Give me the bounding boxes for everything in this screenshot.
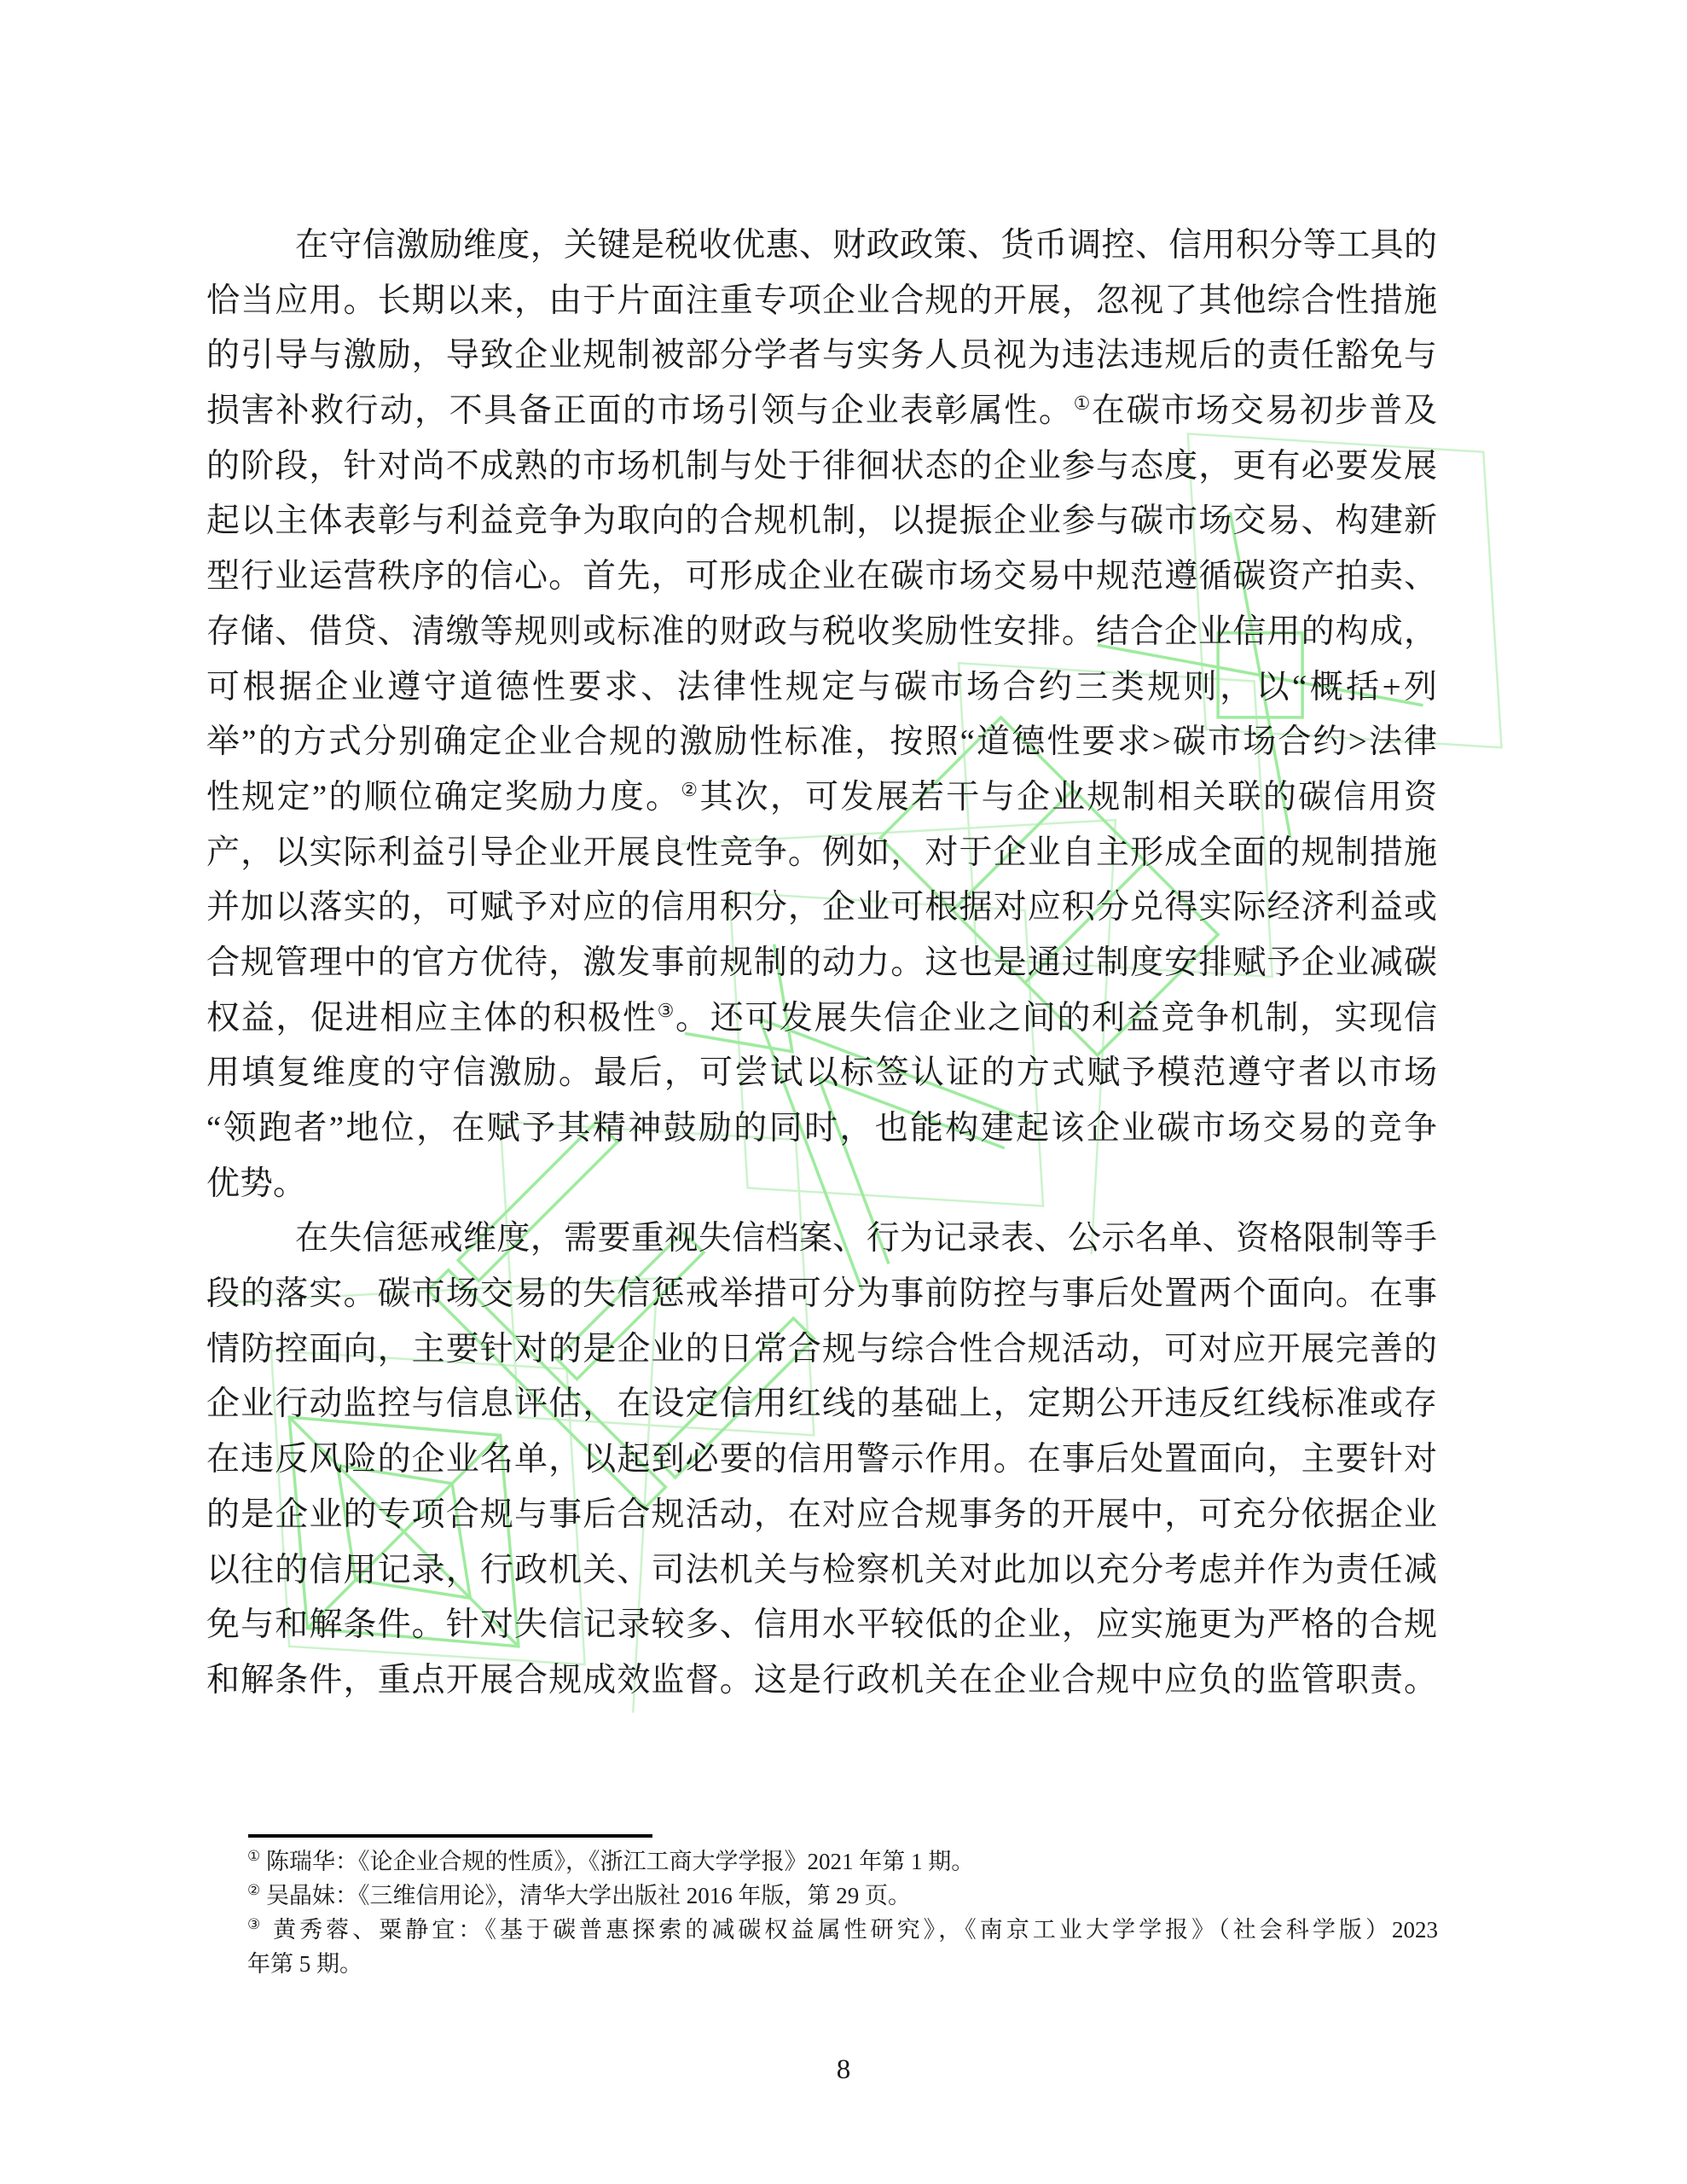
paragraph-1: 在守信激励维度，关键是税收优惠、财政政策、货币调控、信用积分等工具的恰当应用。长… [206,218,1437,1211]
text-line: 的是企业的专项合规与事后合规活动，在对应合规事务的开展中，可充分依据企业 [206,1488,1437,1543]
text-line: 企业行动监控与信息评估，在设定信用红线的基础上，定期公开违反红线标准或存 [206,1377,1437,1432]
text-line: “领跑者”地位，在赋予其精神鼓励的同时，也能构建起该企业碳市场交易的竞争 [206,1101,1437,1157]
text-line: 恰当应用。长期以来，由于片面注重专项企业合规的开展，忽视了其他综合性措施 [206,274,1437,329]
document-page: 在守信激励维度，关键是税收优惠、财政政策、货币调控、信用积分等工具的恰当应用。长… [0,0,1687,2184]
footnote-ref: ① [1074,392,1092,414]
text-line: 型行业运营秩序的信心。首先，可形成企业在碳市场交易中规范遵循碳资产拍卖、 [206,549,1437,605]
text-line: 性规定”的顺位确定奖励力度。②其次，可发展若干与企业规制相关联的碳信用资 [206,770,1437,826]
text-line: 合规管理中的官方优待，激发事前规制的动力。这也是通过制度安排赋予企业减碳 [206,936,1437,991]
text-line: 可根据企业遵守道德性要求、法律性规定与碳市场合约三类规则，以“概括+列 [206,660,1437,716]
text-line: 段的落实。碳市场交易的失信惩戒举措可分为事前防控与事后处置两个面向。在事 [206,1267,1437,1322]
footnote-separator [248,1834,652,1838]
footnote-item: ① 陈瑞华：《论企业合规的性质》，《浙江工商大学学报》2021 年第 1 期。 [247,1844,1438,1879]
footnote-ref: ② [247,1882,260,1898]
body-text: 在守信激励维度，关键是税收优惠、财政政策、货币调控、信用积分等工具的恰当应用。长… [206,218,1437,1709]
text-line: 损害补救行动，不具备正面的市场引领与企业表彰属性。①在碳市场交易初步普及 [206,384,1437,439]
text-line: 以往的信用记录，行政机关、司法机关与检察机关对此加以充分考虑并作为责任减 [206,1543,1437,1599]
page-number: 8 [0,2051,1687,2088]
footnote-ref: ③ [658,1000,675,1021]
footnote-item: ② 吴晶妹：《三维信用论》，清华大学出版社 2016 年版，第 29 页。 [247,1879,1438,1913]
text-line: 产，以实际利益引导企业开展良性竞争。例如，对于企业自主形成全面的规制措施 [206,826,1437,881]
text-line: 起以主体表彰与利益竞争为取向的合规机制，以提振企业参与碳市场交易、构建新 [206,494,1437,549]
text-line: 在违反风险的企业名单，以起到必要的信用警示作用。在事后处置面向，主要针对 [206,1432,1437,1488]
text-line: 权益，促进相应主体的积极性③。还可发展失信企业之间的利益竞争机制，实现信 [206,991,1437,1047]
text-line: 存储、借贷、清缴等规则或标准的财政与税收奖励性安排。结合企业信用的构成， [206,605,1437,660]
text-line: 情防控面向，主要针对的是企业的日常合规与综合性合规活动，可对应开展完善的 [206,1322,1437,1378]
text-line: 免与和解条件。针对失信记录较多、信用水平较低的企业，应实施更为严格的合规 [206,1598,1437,1653]
footnote-list: ① 陈瑞华：《论企业合规的性质》，《浙江工商大学学报》2021 年第 1 期。②… [247,1844,1438,1981]
footnote-continuation: 年第 5 期。 [247,1947,1438,1981]
text-line: 的引导与激励，导致企业规制被部分学者与实务人员视为违法违规后的责任豁免与 [206,328,1437,384]
text-line: 在失信惩戒维度，需要重视失信档案、行为记录表、公示名单、资格限制等手 [206,1211,1437,1267]
text-line: 和解条件，重点开展合规成效监督。这是行政机关在企业合规中应负的监管职责。 [206,1653,1437,1709]
footnote-item: ③ 黄秀蓉、粟静宜：《基于碳普惠探索的减碳权益属性研究》，《南京工业大学学报》（… [247,1913,1438,1947]
paragraph-2: 在失信惩戒维度，需要重视失信档案、行为记录表、公示名单、资格限制等手段的落实。碳… [206,1211,1437,1708]
footnote-ref: ① [247,1848,260,1864]
footnote-ref: ② [681,779,699,800]
footnote-ref: ③ [247,1916,264,1932]
text-line: 用填复维度的守信激励。最后，可尝试以标签认证的方式赋予模范遵守者以市场 [206,1046,1437,1101]
text-line: 并加以落实的，可赋予对应的信用积分，企业可根据对应积分兑得实际经济利益或 [206,880,1437,936]
text-line: 的阶段，针对尚不成熟的市场机制与处于徘徊状态的企业参与态度，更有必要发展 [206,439,1437,495]
text-line: 优势。 [206,1157,1437,1212]
text-line: 举”的方式分别确定企业合规的激励性标准，按照“道德性要求>碳市场合约>法律 [206,715,1437,770]
text-line: 在守信激励维度，关键是税收优惠、财政政策、货币调控、信用积分等工具的 [206,218,1437,274]
